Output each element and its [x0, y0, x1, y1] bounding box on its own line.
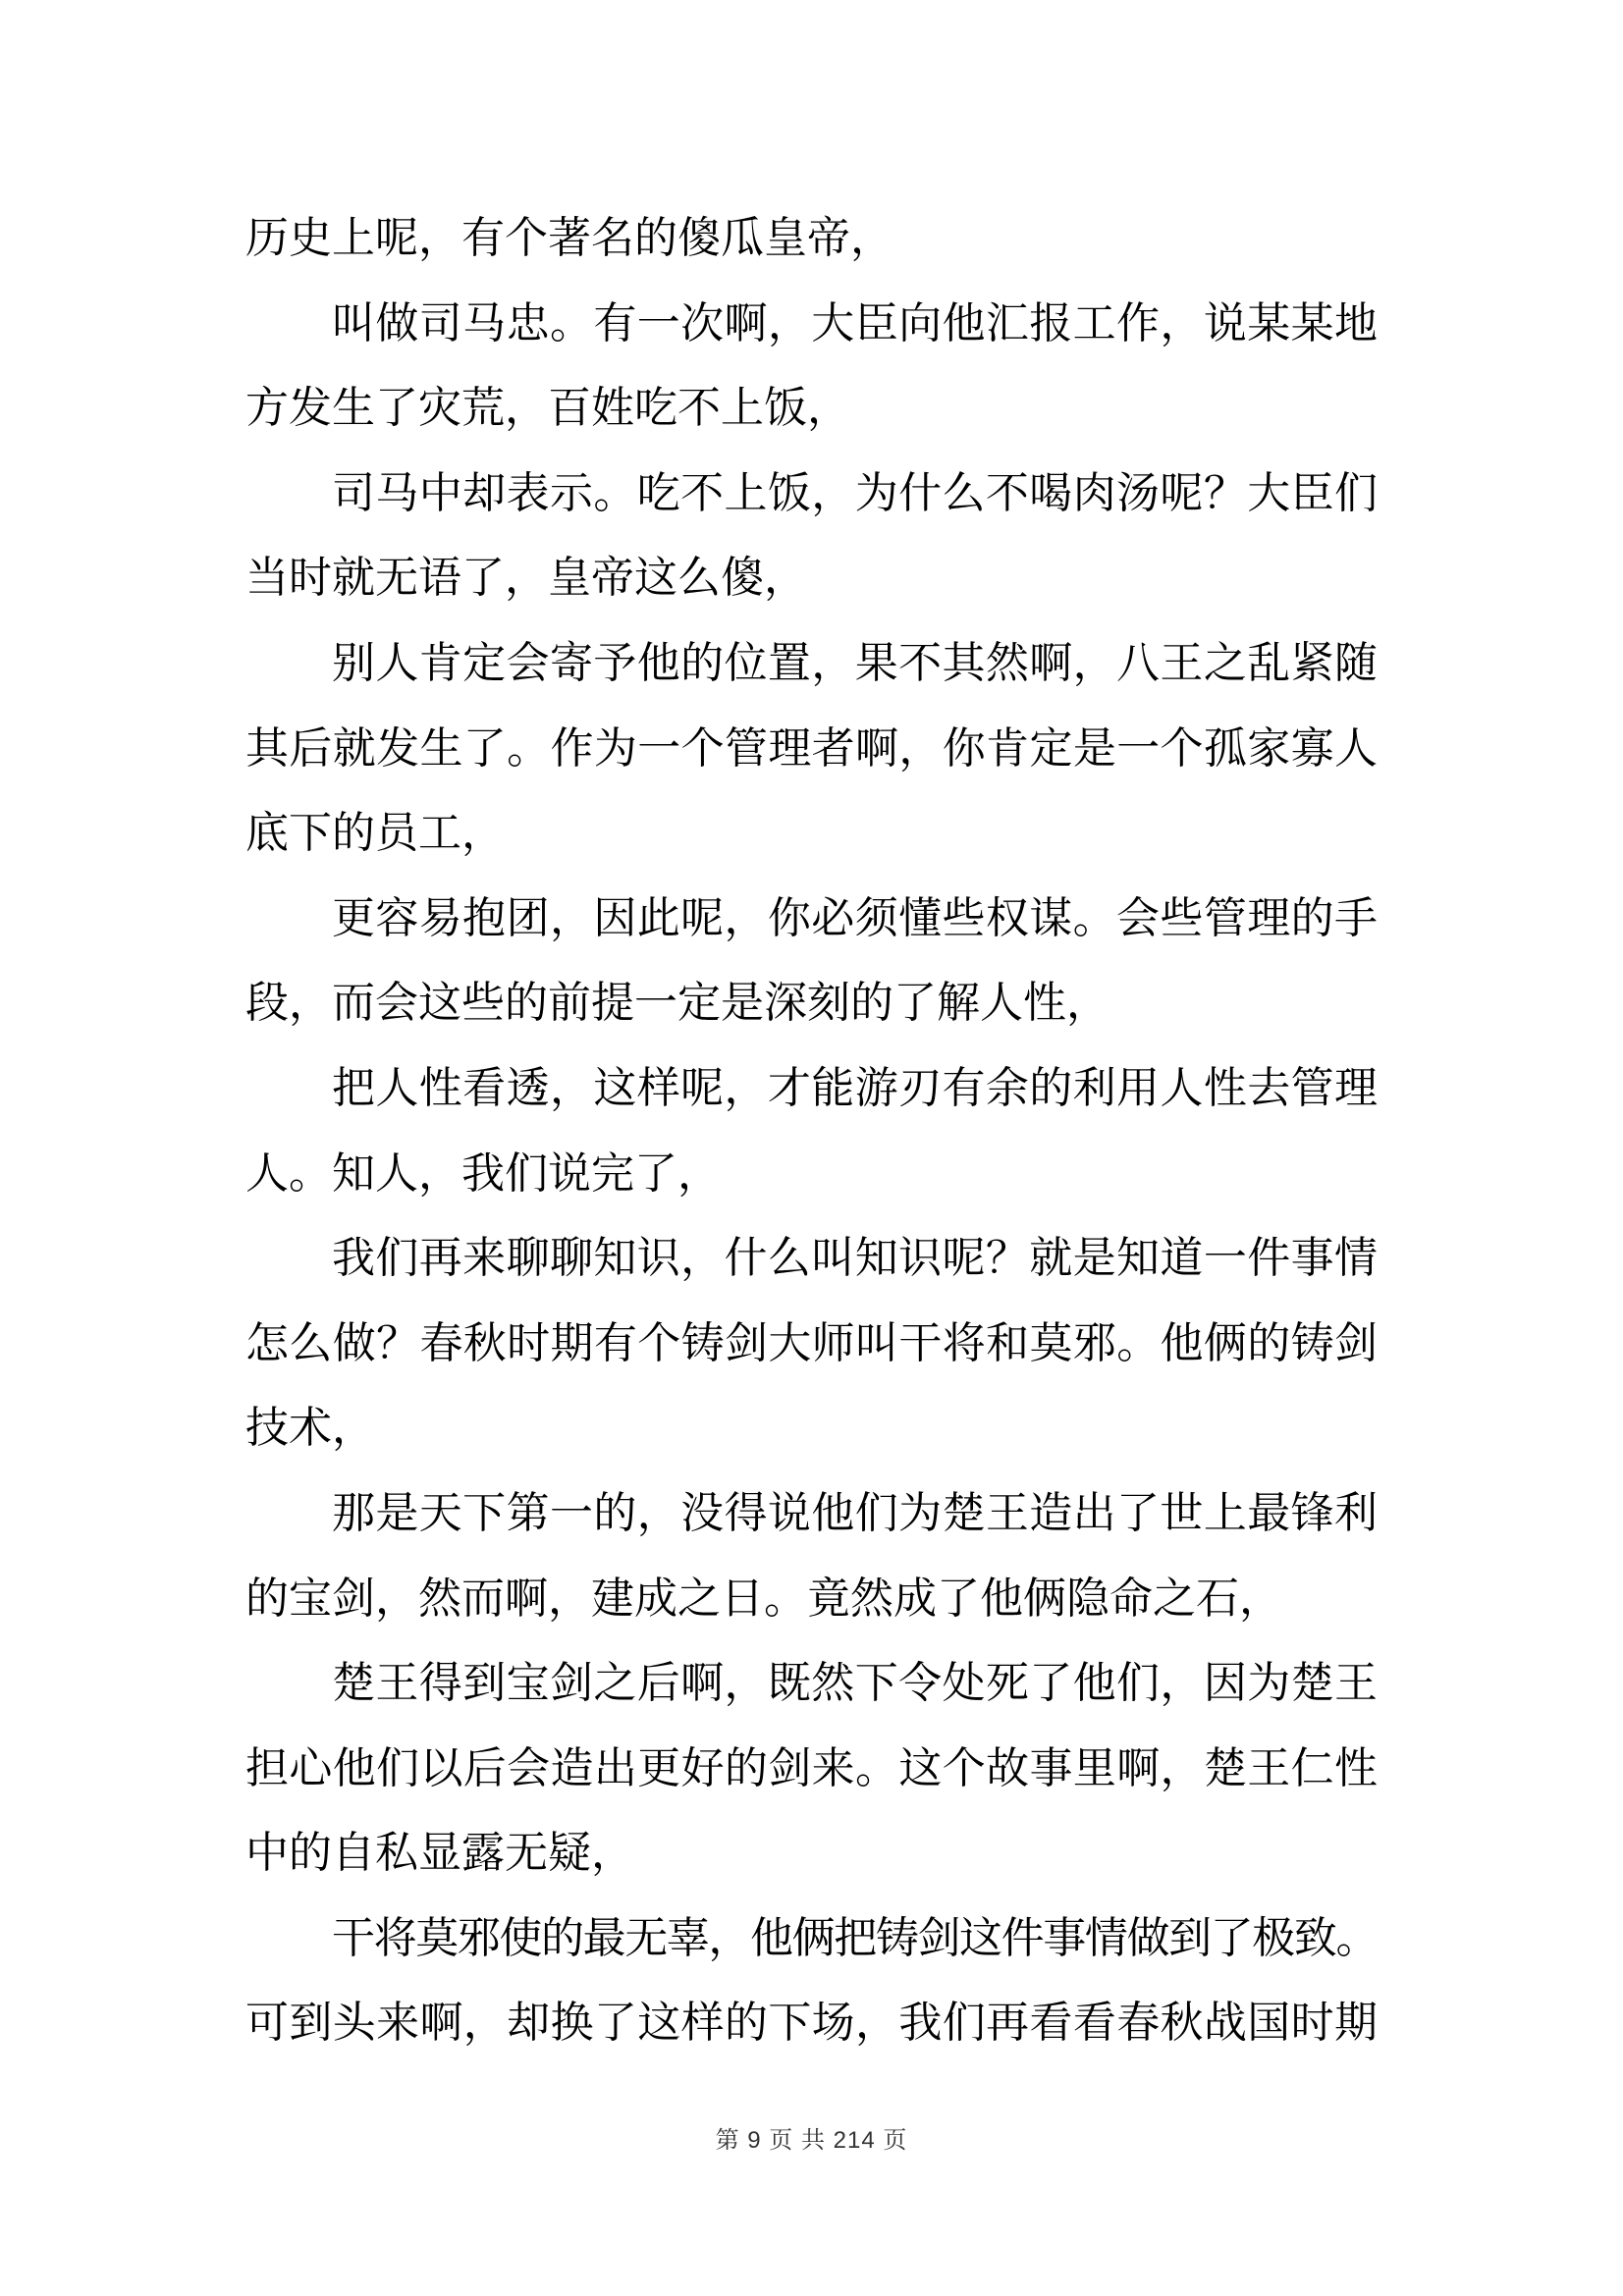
page-footer: 第 9 页 共 214 页 [0, 2126, 1623, 2155]
text-line: 段，而会这些的前提一定是深刻的了解人性， [245, 961, 1378, 1046]
text-line: 更容易抱团，因此呢，你必须懂些权谋。会些管理的手 [245, 877, 1378, 962]
text-line: 当时就无语了，皇帝这么傻， [245, 536, 1378, 621]
text-line: 那是天下第一的，没得说他们为楚王造出了世上最锋利 [245, 1471, 1378, 1557]
text-line: 怎么做？春秋时期有个铸剑大师叫干将和莫邪。他俩的铸剑 [245, 1302, 1378, 1387]
text-line: 担心他们以后会造出更好的剑来。这个故事里啊，楚王仁性 [245, 1727, 1378, 1812]
text-line: 中的自私显露无疑， [245, 1811, 1378, 1896]
text-line: 方发生了灾荒，百姓吃不上饭， [245, 366, 1378, 452]
text-line: 把人性看透，这样呢，才能游刃有余的利用人性去管理 [245, 1046, 1378, 1132]
document-page: 历史上呢，有个著名的傻瓜皇帝，叫做司马忠。有一次啊，大臣向他汇报工作，说某某地方… [0, 0, 1623, 2296]
text-line: 干将莫邪使的最无辜，他俩把铸剑这件事情做到了极致。 [245, 1896, 1378, 1982]
text-line: 技术， [245, 1386, 1378, 1471]
text-line: 的宝剑，然而啊，建成之日。竟然成了他俩隐命之石， [245, 1557, 1378, 1642]
text-line: 司马中却表示。吃不上饭，为什么不喝肉汤呢？大臣们 [245, 452, 1378, 537]
page-number-text: 第 9 页 共 214 页 [716, 2127, 908, 2154]
text-line: 历史上呢，有个著名的傻瓜皇帝， [245, 196, 1378, 282]
text-line: 叫做司马忠。有一次啊，大臣向他汇报工作，说某某地 [245, 282, 1378, 367]
document-body: 历史上呢，有个著名的傻瓜皇帝，叫做司马忠。有一次啊，大臣向他汇报工作，说某某地方… [245, 196, 1378, 2066]
text-line: 其后就发生了。作为一个管理者啊，你肯定是一个孤家寡人 [245, 707, 1378, 792]
text-line: 可到头来啊，却换了这样的下场，我们再看看春秋战国时期 [245, 1981, 1378, 2066]
text-line: 底下的员工， [245, 791, 1378, 877]
text-line: 楚王得到宝剑之后啊，既然下令处死了他们，因为楚王 [245, 1641, 1378, 1727]
text-line: 人。知人，我们说完了， [245, 1132, 1378, 1217]
text-line: 我们再来聊聊知识，什么叫知识呢？就是知道一件事情 [245, 1216, 1378, 1302]
text-line: 别人肯定会寄予他的位置，果不其然啊，八王之乱紧随 [245, 621, 1378, 707]
